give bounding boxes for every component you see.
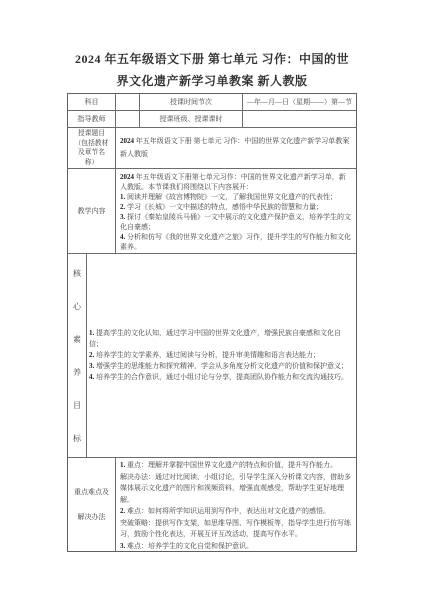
- text-line: 2. 难点：如何将所学知识运用到写作中，表达出对文化遗产的感悟。: [120, 506, 351, 518]
- page-title: 2024 年五年级语文下册 第七单元 习作：中国的世 界文化遗产新学习单教案 新…: [20, 48, 404, 92]
- subject-value-cell: [116, 94, 140, 110]
- text-line: 目: [73, 389, 81, 422]
- teaching-content-body: 2024 年五年级语文下册第七单元习作：中国的世界文化遗产新学习单，新人教版。本…: [116, 169, 356, 253]
- text-line: 2024 年五年级语文下册 第七单元 习作：中国的世界文化遗产新学习单教案 新人…: [120, 135, 351, 161]
- core-literacy-body: 1. 提高学生的文化认知，通过学习中国的世界文化遗产，增强民族自豪感和文化自信；…: [87, 254, 356, 457]
- key-points-label: 重点难点及 解决办法: [68, 458, 116, 551]
- text-line: 1. 阅读并理解《故宫博物院》一文，了解我国世界文化遗产的代表性；: [120, 192, 351, 202]
- text-line: 养: [73, 356, 81, 389]
- text-line: 3. 探讨《秦始皇陵兵马俑》一文中展示的文化遗产保护意义，培养学生的文化自豪感；: [120, 212, 351, 232]
- text-line: 4. 培养学生的合作意识，通过小组讨论与分享，提高团队协作能力和交流沟通技巧。: [89, 372, 352, 383]
- text-line: 2. 培养学生的文学素养，通过阅读与分析，提升审美情趣和语言表达能力；: [89, 350, 352, 361]
- class-hours-label: 授课班级、授课课时: [140, 111, 243, 127]
- lesson-plan-table: 科目 授课时间节次 —年—月—日（星期——）第—节 指导教师 授课班级、授课课时…: [67, 93, 357, 552]
- tutor-label: 指导教师: [68, 111, 116, 127]
- text-line: 1. 提高学生的文化认知，通过学习中国的世界文化遗产，增强民族自豪感和文化自信；: [89, 328, 352, 350]
- row-subject-time: 科目 授课时间节次 —年—月—日（星期——）第—节: [68, 94, 356, 111]
- text-line: 心: [73, 290, 81, 323]
- subject-label: 科目: [68, 94, 116, 110]
- text-line: 1. 重点：理解并掌握中国世界文化遗产的特点和价值，提升写作能力。: [120, 460, 351, 472]
- text-line: 2. 学习《长城》一文中描述的特点，感悟中华民族的智慧和力量；: [120, 202, 351, 212]
- row-key-points: 重点难点及 解决办法 1. 重点：理解并掌握中国世界文化遗产的特点和价值，提升写…: [68, 458, 356, 551]
- class-hours-value: [243, 111, 356, 127]
- text-line: 4. 分析和仿写《我的世界文化遗产之旅》习作，提升学生的写作能力和文化素养。: [120, 232, 351, 252]
- time-slot-label: 授课时间节次: [140, 94, 243, 110]
- text-line: 解决办法：通过对比阅读、小组讨论，引导学生深入分析课文内容，借助多媒体展示文化遗…: [120, 472, 351, 507]
- text-line: 核: [73, 257, 81, 290]
- topic-label: 授课题目 （包括教材 及章节名 称）: [68, 128, 116, 168]
- row-core-literacy: 核心素养目标 1. 提高学生的文化认知，通过学习中国的世界文化遗产，增强民族自豪…: [68, 254, 356, 458]
- row-topic: 授课题目 （包括教材 及章节名 称） 2024 年五年级语文下册 第七单元 习作…: [68, 128, 356, 169]
- core-literacy-label: 核心素养目标: [68, 254, 87, 457]
- text-line: 素: [73, 323, 81, 356]
- key-points-body: 1. 重点：理解并掌握中国世界文化遗产的特点和价值，提升写作能力。解决办法：通过…: [116, 458, 356, 551]
- topic-content: 2024 年五年级语文下册 第七单元 习作：中国的世界文化遗产新学习单教案 新人…: [116, 128, 356, 168]
- text-line: 2024 年五年级语文下册第七单元习作：中国的世界文化遗产新学习单，新人教版。本…: [120, 172, 351, 192]
- teaching-content-label: 教学内容: [68, 169, 116, 253]
- text-line: 3. 增强学生的思维能力和探究精神，学会从多角度分析文化遗产的价值和保护意义；: [89, 361, 352, 372]
- document-page: 2024 年五年级语文下册 第七单元 习作：中国的世 界文化遗产新学习单教案 新…: [0, 0, 424, 600]
- row-tutor-class: 指导教师 授课班级、授课课时: [68, 111, 356, 128]
- time-slot-value: —年—月—日（星期——）第—节: [243, 94, 356, 110]
- text-line: 3. 难点：培养学生的文化自觉和保护意识。: [120, 541, 351, 552]
- row-teaching-content: 教学内容 2024 年五年级语文下册第七单元习作：中国的世界文化遗产新学习单，新…: [68, 169, 356, 254]
- tutor-value-cell: [116, 111, 140, 127]
- text-line: 标: [73, 422, 81, 455]
- text-line: 突破策略：提供写作支架，如思维导图、写作模板等，指导学生进行仿写练习，鼓励个性化…: [120, 518, 351, 541]
